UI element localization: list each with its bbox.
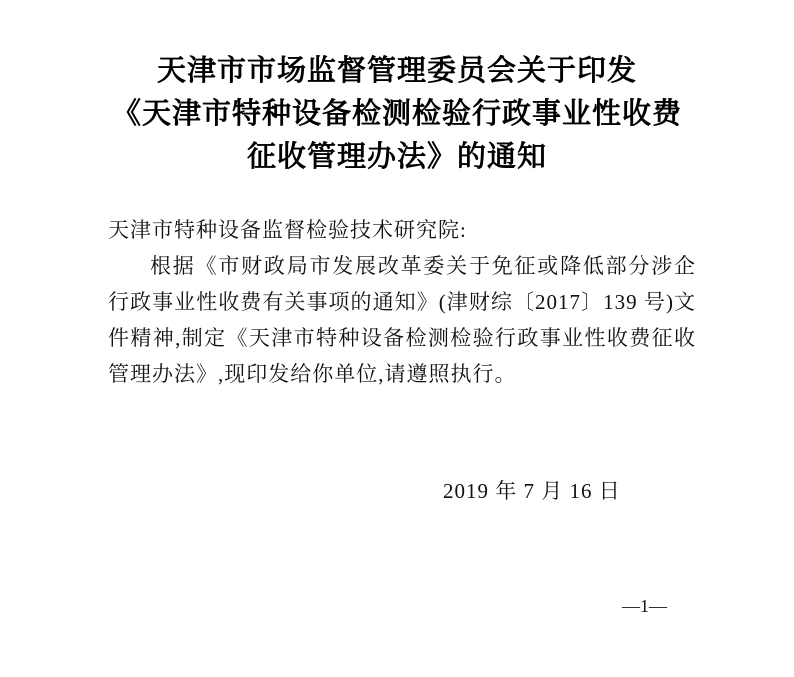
title-line-1: 天津市市场监督管理委员会关于印发	[0, 50, 794, 93]
recipient-salutation: 天津市特种设备监督检验技术研究院:	[108, 212, 696, 248]
issue-date: 2019 年 7 月 16 日	[443, 477, 621, 505]
document-title: 天津市市场监督管理委员会关于印发 《天津市特种设备检测检验行政事业性收费 征收管…	[0, 50, 794, 179]
title-line-2: 《天津市特种设备检测检验行政事业性收费	[0, 93, 794, 136]
body-paragraph: 根据《市财政局市发展改革委关于免征或降低部分涉企行政事业性收费有关事项的通知》(…	[108, 248, 696, 392]
document-page: 天津市市场监督管理委员会关于印发 《天津市特种设备检测检验行政事业性收费 征收管…	[0, 0, 794, 677]
document-body: 天津市特种设备监督检验技术研究院: 根据《市财政局市发展改革委关于免征或降低部分…	[108, 212, 696, 392]
title-line-3: 征收管理办法》的通知	[0, 136, 794, 179]
page-number: —1—	[622, 594, 667, 618]
